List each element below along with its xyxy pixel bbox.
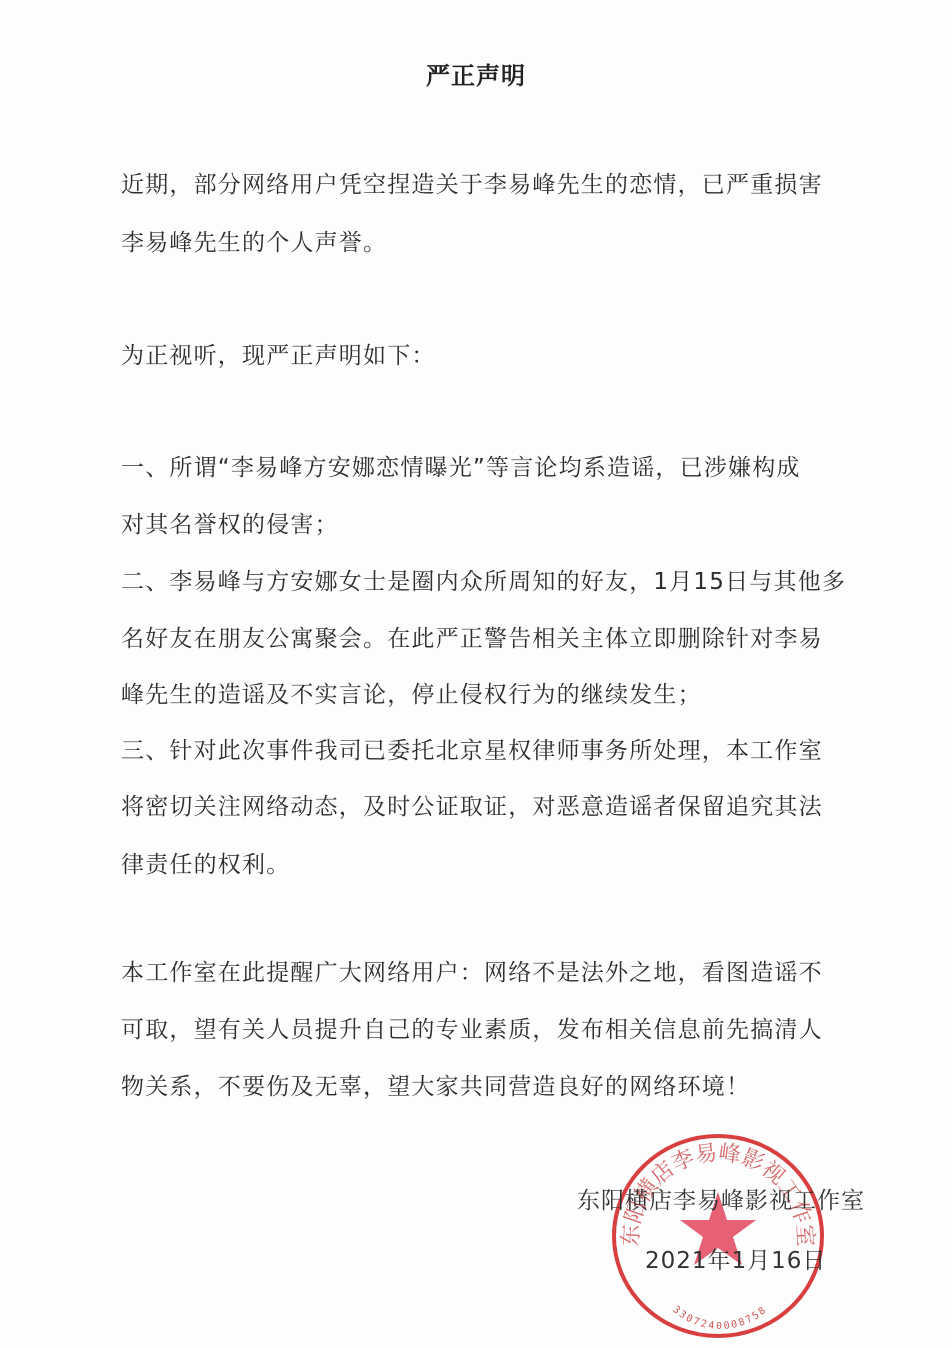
closing-line-3: 物关系，不要伤及无辜，望大家共同营造良好的网络环境！ xyxy=(121,1072,750,1102)
item-3-line-1: 三、针对此次事件我司已委托北京星权律师事务所处理，本工作室 xyxy=(121,736,823,766)
document-title: 严正声明 xyxy=(0,56,952,91)
closing-line-2: 可取，望有关人员提升自己的专业素质，发布相关信息前先搞清人 xyxy=(121,1015,823,1045)
item-1-line-2: 对其名誉权的侵害； xyxy=(121,510,339,540)
item-2-line-1: 二、李易峰与方安娜女士是圈内众所周知的好友，1月15日与其他多 xyxy=(121,567,846,597)
item-3-line-2: 将密切关注网络动态，及时公证取证，对恶意造谣者保留追究其法 xyxy=(121,792,823,822)
item-2-line-3: 峰先生的造谣及不实言论，停止侵权行为的继续发生； xyxy=(121,680,702,710)
closing-line-1: 本工作室在此提醒广大网络用户：网络不是法外之地，看图造谣不 xyxy=(121,958,823,988)
signature-date: 2021年1月16日 xyxy=(645,1242,826,1275)
official-seal: 东阳横店李易峰影视工作室 3307240008758 xyxy=(600,1128,836,1340)
seal-icon: 东阳横店李易峰影视工作室 3307240008758 xyxy=(600,1128,836,1340)
item-2-line-2: 名好友在朋友公寓聚会。在此严正警告相关主体立即删除针对李易 xyxy=(121,624,823,654)
item-3-line-3: 律责任的权利。 xyxy=(121,850,290,880)
signature-organization: 东阳横店李易峰影视工作室 xyxy=(577,1182,865,1215)
paragraph-1-line-2: 李易峰先生的个人声誉。 xyxy=(121,228,387,258)
paragraph-2-line-1: 为正视听，现严正声明如下： xyxy=(121,341,436,371)
paragraph-1-line-1: 近期，部分网络用户凭空捏造关于李易峰先生的恋情，已严重损害 xyxy=(121,170,823,200)
statement-document: 严正声明 近期，部分网络用户凭空捏造关于李易峰先生的恋情，已严重损害 李易峰先生… xyxy=(0,0,952,1348)
item-1-line-1: 一、所谓“李易峰方安娜恋情曝光”等言论均系造谣，已涉嫌构成 xyxy=(121,453,801,483)
